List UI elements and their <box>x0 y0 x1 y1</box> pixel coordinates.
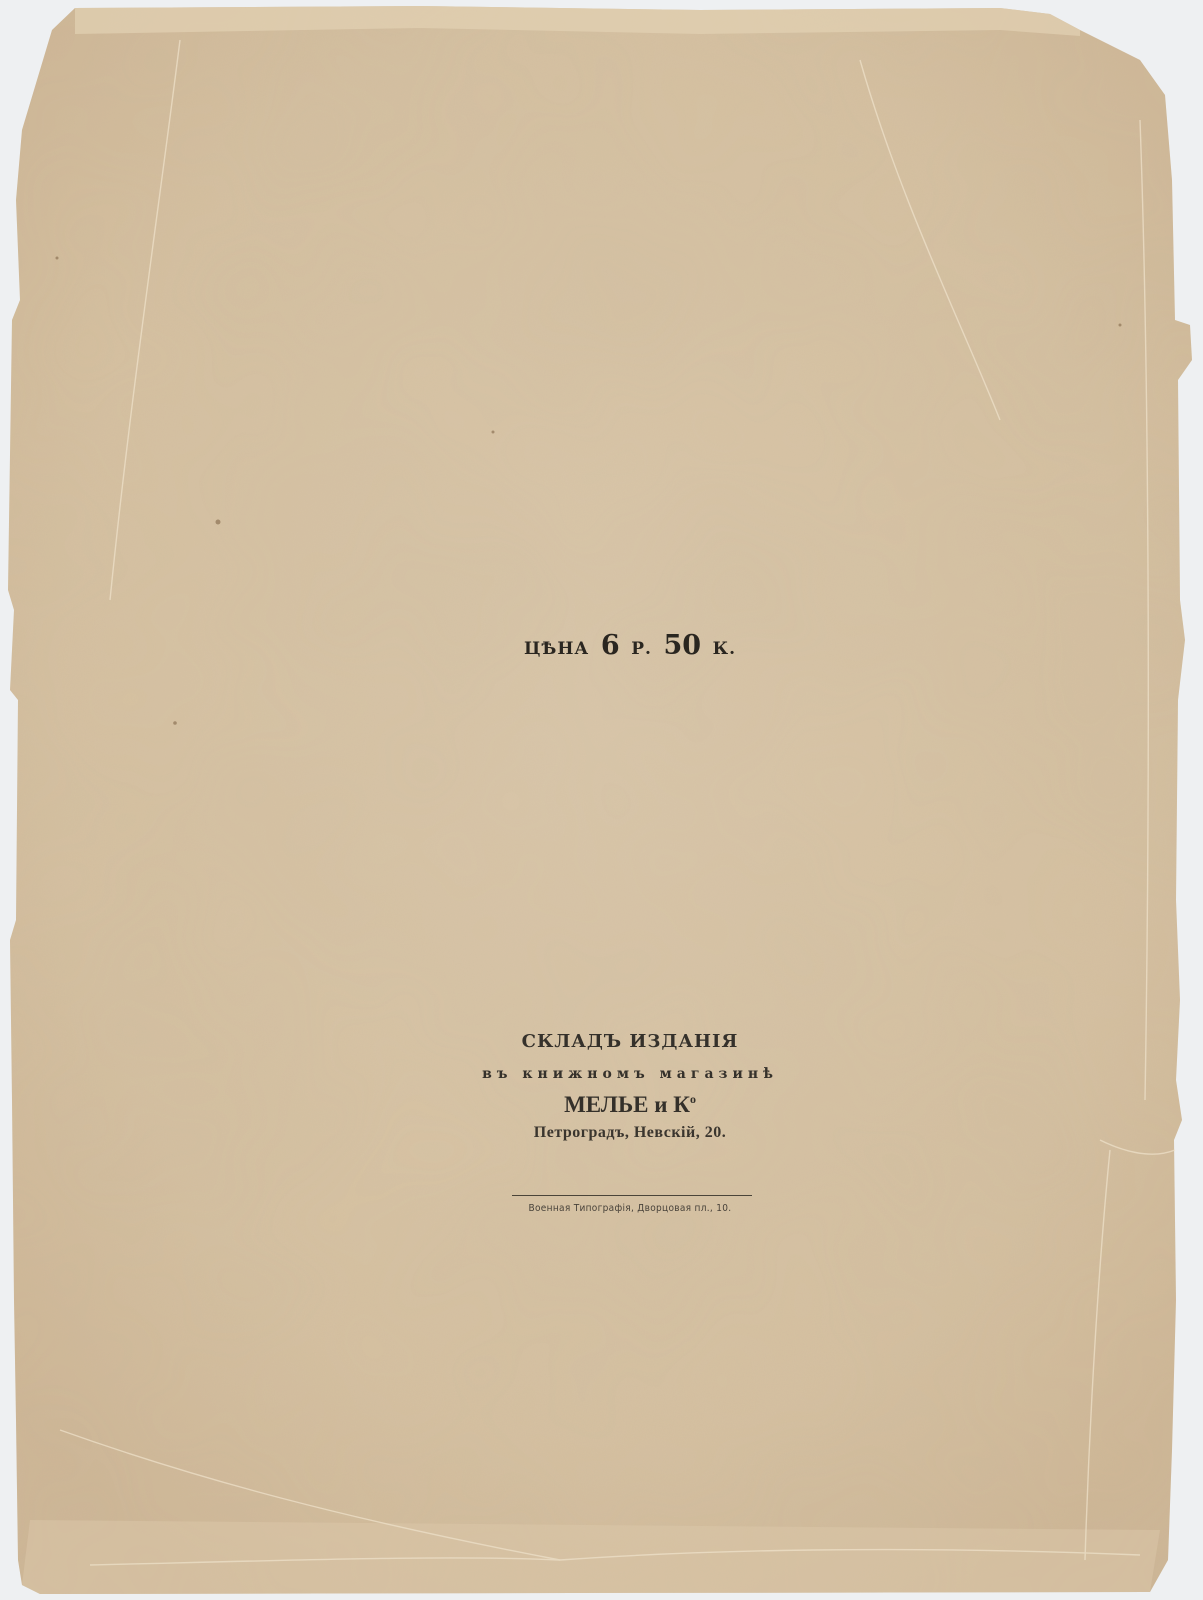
price-label: ЦѢНА <box>524 639 589 659</box>
bookseller-name-sup: о <box>690 1092 696 1106</box>
bookseller-name: МЕЛЬЕ и Ко <box>380 1092 880 1118</box>
price-rubles: 6 <box>601 630 620 661</box>
price-rubles-unit: Р. <box>631 639 652 659</box>
bookseller-name-text: МЕЛЬЕ и К <box>564 1092 690 1117</box>
cover-text: ЦѢНА 6 Р. 50 К. СКЛАДЪ ИЗДАНІЯ въ книжно… <box>0 0 1203 1600</box>
price-kopecks: 50 <box>664 630 702 661</box>
price-line: ЦѢНА 6 Р. 50 К. <box>380 630 880 661</box>
price-kopecks-unit: К. <box>713 639 736 659</box>
publisher-subheading: въ книжномъ магазинѣ <box>380 1066 880 1082</box>
bookseller-address: Петроградъ, Невскій, 20. <box>380 1124 880 1142</box>
printer-line: Военная Типографія, Дворцовая пл., 10. <box>380 1203 880 1214</box>
divider-rule <box>512 1195 752 1196</box>
publisher-heading: СКЛАДЪ ИЗДАНІЯ <box>380 1031 880 1052</box>
